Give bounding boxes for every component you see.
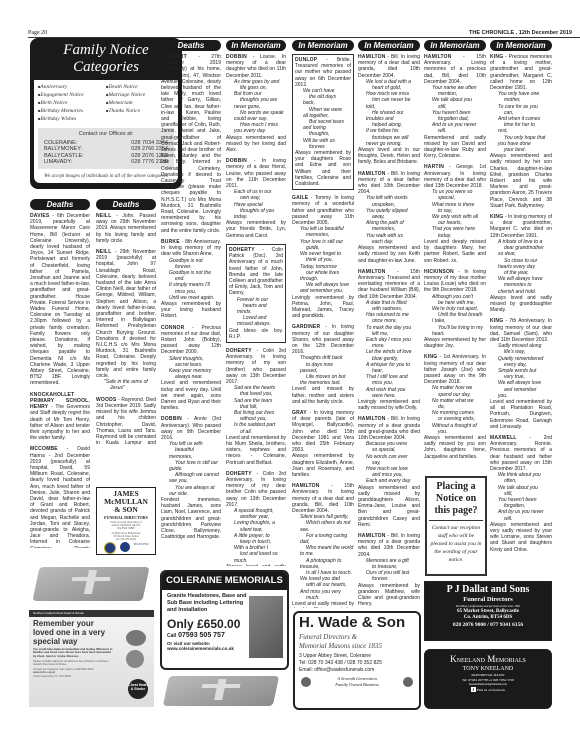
ad-text: Please consider asking for donations in … [29,658,117,666]
ad-title: JAMES McMULLAN [97,490,155,506]
categories-title-line1: Family Notice [34,42,178,59]
notice-verse: Although you can'tbe here with me,We're … [424,294,486,337]
notice-signoff: Lovingly remembered by Petrina, John, Pa… [292,295,354,320]
notice-verse: Each of us in ourown way,Have specialtho… [226,189,286,220]
notice-surname: HAMILTON [358,416,386,422]
notice-signoff: Loved and remembered by all at Plantatio… [490,399,552,430]
section-header-in-memoriam: In Memoriam [424,40,486,51]
section-header-deaths: Deaths [96,199,156,210]
heart-shape-icon [126,650,144,668]
notice-surname: KING [424,354,437,360]
notice-text: - Precious memories of a loving mother, … [490,54,552,91]
notice-signoff: Always remembered and sadly missed by so… [358,245,420,264]
headstone-image [249,596,283,658]
notice-entry: STEWART - 27th November 2019 (peacefully… [161,54,221,234]
section-header-in-memoriam: In Memoriam [490,40,552,51]
ad-phone: Tel: 028 276 62265 [97,538,155,541]
column-memoriam-5: In Memoriam KING - Precious memories of … [490,40,552,578]
coleraine-memorials-ad: COLERAINE MEMORIALS Granite Headstones, … [160,570,289,670]
ad-name: TONY KNEELAND [425,665,551,673]
verse-line: You only hope that [498,135,552,141]
notice-verse: "Safe in the arms ofJesus" [96,379,156,391]
notice-signoff: Always remembered and sadly missed by yo… [424,435,486,460]
column-memoriam-1: In Memoriam DOBBIN - Louise. In memory o… [226,40,286,566]
family-notice-categories: Family Notice Categories Anniversary Dea… [30,38,182,189]
column-deaths-1: Deaths DAVIES - 6th December 2019, peace… [30,199,90,548]
column-memoriam-4: In Memoriam HAMILTON - 15th Anniversary.… [424,40,486,472]
notice-entry: DOHERTY - Colin 3rd Anniversary. In lovi… [226,471,286,566]
notice-verse: Forever in ourhearts andminds.Loved andm… [229,297,283,328]
notice-surname: DOBBIN [161,416,182,422]
notice-signoff: Always loved and in our thoughts, Derek,… [358,147,420,166]
notice-surname: GARDINER [292,324,320,330]
page-number: Page 20 [28,30,47,36]
notice-verse: A special thought,another year,Loving th… [226,508,286,564]
ad-body: You could help make an immediate and las… [29,648,117,658]
placing-notice-body: Contact our reception staff who will be … [427,524,485,564]
notice-entry: HAMILTON - 15th Anniversary. Treasured a… [358,269,420,412]
notice-verse: As time goes by andlife goes on,But from… [226,79,286,135]
verse-line: Jesus" [104,385,156,391]
notice-entry: DOBBIN - Louise. In memory of a dear dau… [226,54,286,153]
website-link[interactable]: www.nichs.org.uk [33,671,55,674]
ad-headline: Remember your loved one in a very specia… [29,617,119,648]
notice-surname: STEWART [161,54,187,60]
notice-signoff: Always remembered and sadly missed by gr… [358,485,420,528]
notice-signoff: Always remembered by her daughter Joy. [424,337,486,349]
notice-verse: Sad are the heartsthat loved you,Sad are… [226,385,286,435]
section-header-deaths: Deaths [161,40,221,51]
notice-entry: DOBBIN - Annie (3rd Anniversary). Who pa… [161,416,221,540]
notice-signoff: Always remembered by your friends Bride,… [226,220,286,239]
notice-entry: GARDINER - In loving memory of our daugh… [292,324,354,405]
bible-graphic-icon [163,676,279,706]
notice-text: - 27th November 2019 (peacefully) at his… [161,54,221,234]
notice-entry: HAMILTON - Bill. In loving memory of a d… [358,416,420,528]
chs-logo: Chest Heart & Stroke [128,679,148,699]
notice-entry: GAILE - Tommy. In loving memory of a won… [292,195,354,319]
notice-entry: GRAY - In loving memory of dear parents … [292,410,354,478]
notice-signoff: Fondest memories, husband James, sons Li… [161,497,221,540]
placing-notice-box: Placing a Notice on this page? Contact o… [425,476,487,576]
ad-title: & SON [97,506,155,514]
notice-surname: KING [490,214,503,220]
notice-signoff: Always remembered by your daughters Rose… [295,150,351,187]
contact-title: Contact our Offices at: [44,131,168,138]
ad-subtitle: Funeral Directors [425,596,551,604]
category-list: Anniversary Death Notice Engagement Noti… [38,83,174,123]
crest-icon [301,677,311,687]
notice-entry: HARTIN - George. 1st Anniversary. In lov… [424,164,486,263]
notice-surname: DOHERTY [226,348,252,354]
verse-line: Until we meet again. [169,295,221,301]
notice-entry: DOBBIN - In loving memory of a dear frie… [226,158,286,239]
facebook-label: Find us on facebook [477,688,505,692]
category-item: Birthday Memories [38,107,106,115]
notice-verse: Goodbye is notforever.Goodbye is not the… [161,258,221,301]
ad-text: Dip.FSM. MBIE [97,527,155,530]
notice-verse: Sadly missed alonglife's way,Quietly rem… [490,343,552,399]
notice-signoff: Remembered and sadly missed by son David… [424,135,486,160]
notice-entry: CONNOR - Precious memories of our dear d… [161,325,221,412]
crest-icon [104,542,116,554]
notice-signoff: Always remembered by daughters Elizabeth… [292,453,354,478]
notice-surname: GRAY [292,410,307,416]
ad-script: Funeral Directors & [295,633,419,642]
section-header-in-memoriam: In Memoriam [358,40,420,51]
ad-description: Granite Headstones, Base and Sub Base in… [162,590,252,617]
notice-surname: NEILL [96,213,111,219]
notice-verse: Memories are a giftto treasure,Ours of y… [358,558,420,583]
crest-icon [403,677,413,687]
notice-text: - 6th December 2019, peacefully at Masse… [30,213,90,386]
notice-surname: HAMILTON [424,54,452,60]
notice-surname: KING [490,54,503,60]
verse-line: with all our hearts, [300,582,354,588]
category-item: Engagement Notice [38,91,106,99]
notice-signoff: Always remembered by grandson Matthew, w… [358,583,420,608]
ad-title: H. Wade & Son [295,613,419,633]
facebook-icon: f [471,687,476,692]
notice-verse: You left us beautifulmemories,Your love … [292,226,354,294]
notice-entry: WOODS - Raymond. Died 3rd December 2019.… [96,397,156,446]
notice-text: - In loving memory of dear parents (late… [292,410,354,453]
notice-entry: DOHERTY - Colin 3rd Anniversary. In lovi… [226,348,286,466]
notice-entry: KING - In loving memory of a dear grandm… [490,214,552,313]
notice-surname: BURKE [161,239,180,245]
verse-line: Which others do not [300,520,354,526]
section-header-deaths: Deaths [30,199,90,210]
ad-phone: 07593 505 757 [178,632,225,639]
notice-verse: A date that is filledwith sadness,Has re… [358,300,420,399]
section-header-in-memoriam: In Memoriam [292,40,354,51]
notice-verse: We think about youoften,We talk about yo… [490,472,552,522]
column-deaths-2: Deaths NEILL - John. Passed away on 29th… [96,199,156,446]
column-deaths-3: Deaths STEWART - 27th November 2019 (pea… [161,40,221,566]
category-item: Birthday Wishes [38,115,106,123]
notice-verse: Your name we oftenmention,We talk about … [424,85,486,135]
notice-surname: DAVIES [30,213,49,219]
kneeland-memorials-ad: Kneeland Memorials TONY KNEELAND MONUMEN… [424,649,552,709]
verse-line: Let the winds of love [366,349,420,355]
ad-address: 3 Upper Abbey Street, Coleraine [295,651,419,660]
notice-surname: HAMILTON [358,171,386,177]
notice-text: - Raymond. Died 3rd December 2019. Sadly… [96,397,156,446]
notice-entry: DOHERTY - Colin Patrick (Doc). 3rd Anniv… [226,244,286,343]
categories-title-line2: Categories [34,59,178,76]
notice-surname: GAILE [292,195,308,201]
notice-entry: DUNLOP - Bridie. Treasured memories of o… [292,54,354,190]
notice-surname: HAMILTON [358,533,386,539]
notice-surname: HICKINSON [424,269,454,275]
mcmullan-funeral-ad: JAMES McMULLAN & SON FUNERAL DIRECTORS U… [96,487,156,555]
notice-verse: We can't havethe old daysback,When we we… [295,88,351,150]
notice-signoff: Loved and missed by father, mother and s… [292,386,354,405]
notice-surname: MCCOMBE [30,446,58,452]
notice-text: - 29th November 2019 (peacefully) at hos… [96,249,156,379]
notice-entry: KING - Precious memories of a loving mot… [490,54,552,209]
selected-badge: SELECTED [134,542,149,554]
notice-signoff: Always loved and sadly missed by your si… [226,564,286,566]
category-item: Anniversary [38,83,106,91]
notice-verse: No matter how wespend our day,No matter … [424,385,486,435]
notice-entry: HICKINSON - In loving memory of my dear … [424,269,486,350]
notice-surname: HARTIN [424,164,444,170]
notice-surname: DOHERTY [229,247,255,253]
notice-signoff: Loved and remembered today and every day… [161,380,221,411]
notice-surname: DOBBIN [226,158,247,164]
bible-graphic-icon [32,567,149,601]
notice-surname: HAMILTON [292,483,320,489]
notice-surname: DOBBIN [226,54,247,60]
notice-surname: HAMILTON [358,54,386,60]
notice-entry: HAMILTON - Bill. In loving memory of a d… [358,171,420,264]
notice-verse: You left us withbeautifulmemories,Your l… [161,441,221,497]
notice-surname: KING [490,318,503,324]
placing-notice-title: Placing a Notice on this page? [429,481,483,521]
notice-signoff: Always remembered and missed by her lovi… [226,135,286,154]
notice-entry: KING - 7th Anniversary. In loving memory… [490,318,552,430]
notice-entry: NEILL - John. Passed away on 29th Novemb… [96,213,156,244]
ad-phone: 028 2076 9000 / 077 9341 6156 [425,621,551,629]
ad-email: Email: office@wadesfunerals.com [295,667,419,674]
notice-text: - Colin Patrick (Doc). 3rd Anniversary o… [229,247,283,296]
ad-title: Kneeland Memorials [425,653,551,665]
notice-signoff: Loved and sadly missed by daughter Elain… [292,601,354,608]
notice-entry: MAXWELL - 2nd Anniversary. Ronnie. Preci… [490,435,552,553]
notice-signoff: God bless ole boy. R.I.P. [229,328,283,340]
category-item: Birth Notice [38,99,106,107]
column-memoriam-2: In Memoriam DUNLOP - Bridie. Treasured m… [292,40,354,608]
paper-date-header: THE CHRONICLE , 12th December 2019 [469,30,572,36]
notice-entry: NEILL - 29th November 2019 (peacefully) … [96,249,156,392]
notice-signoff: Lovingly remembered and sadly missed by … [358,399,420,411]
notice-verse: Thoughts drift backto days nowpassed,Lif… [292,355,354,386]
ad-title: COLERAINE MEMORIALS [162,572,287,590]
notice-text: - 2nd Anniversary. Ronnie. Precious memo… [490,435,552,472]
notice-verse: A tribute of love to adear grandmotherso… [490,239,552,295]
dallat-funeral-ad: P J Dallat and Sons Funeral Directors Pr… [424,581,552,641]
notice-verse: To us you were sospecial,What more is th… [424,189,486,239]
ad-script: Memorial Masons since 1835 [295,642,419,651]
ad-title: P J Dallat and Sons [425,584,551,596]
notice-entry: KNOCKAHOLLET PRIMARY SCHOOL. HENRY - The… [30,392,90,442]
notice-verse: Silent thoughts,secret tears.Keep your m… [161,356,221,381]
notice-surname: WOODS [96,397,116,403]
notice-text: - David Hanna - 2nd December 2019 (peace… [30,446,90,548]
notice-signoff: Loved and deeply missed by daughters Mar… [424,239,486,264]
triangle-logo-icon [120,542,130,552]
notice-surname: DUNLOP [295,57,317,63]
notice-text: - The Governors and Staff deeply regret … [30,404,90,441]
notice-verse: We lost a dad with aheart of gold,How mu… [358,79,420,147]
notice-verse: Because you wereso special,No words can … [358,441,420,484]
notice-signoff: Always remembered by your loving husband… [161,301,221,320]
images-accepted-note: We accept images of individuals in all o… [38,174,174,180]
verse-line: You are always at [169,485,221,491]
section-header-in-memoriam: In Memoriam [226,40,286,51]
ad-subtitle: FUNERAL DIRECTORS [97,515,155,520]
verse-line: And by us you never [498,509,552,515]
notice-text: - Colin 3rd Anniversary. In loving memor… [226,348,286,385]
notice-surname: HAMILTON [358,269,386,275]
chest-heart-stroke-ad: Northern Ireland Chest Heart & Stroke Re… [29,610,154,707]
notice-entry: KING - 1st Anniversary. In loving memory… [424,354,486,459]
notice-surname: CONNOR [161,325,184,331]
wade-funeral-ad: H. Wade & Son Funeral Directors & Memori… [293,611,421,710]
notice-surname: DOHERTY [226,471,252,477]
notice-signoff: Always remembered and sadly missed by he… [490,153,552,209]
call-label: Call [167,633,176,639]
notice-signoff: Always loved and sadly missed by grandda… [490,295,552,314]
charity-number: Charity Registration No. NIC103593 [29,674,154,678]
ad-org: Northern Ireland Chest Heart & Stroke [29,610,154,617]
heart-shape-icon [126,630,146,646]
column-memoriam-3: In Memoriam HAMILTON - Bill. In loving m… [358,40,420,608]
notice-surname: NEILL [96,249,111,255]
verse-line: You'll be living in my [432,325,486,331]
notice-entry: HAMILTON - Bill. In loving memory of a d… [358,54,420,166]
facebook-link[interactable]: f Find us on facebook [425,687,551,693]
notice-entry: DAVIES - 6th December 2019, peacefully a… [30,213,90,387]
notice-verse: You only have onemother,To care for as y… [490,91,552,153]
office-name: LIMAVADY: [44,159,72,166]
notice-entry: HAMILTON - Bill. In loving memory of a d… [358,533,420,607]
notice-surname: MAXWELL [490,435,517,441]
office-contacts: Contact our Offices at: COLERAINE:028 70… [38,128,174,169]
notice-signoff: Loved and remembered by his Mum Sheila, … [226,435,286,466]
notice-entry: HAMILTON - 15th Anniversary. In loving m… [292,483,354,608]
ad-footer: Family Owned Business [335,682,379,688]
notice-signoff: Always remembered and very sadly missed … [490,522,552,553]
notice-text: - Colin 3rd Anniversary. In loving memor… [226,471,286,508]
notice-entry: HAMILTON - 15th Anniversary. Loving memo… [424,54,486,159]
notice-verse: Silent tears fall gently,Which others do… [292,514,354,601]
notice-verse: You left with wordsunspoken,You quietly … [358,195,420,245]
notice-entry: MCCOMBE - David Hanna - 2nd December 201… [30,446,90,548]
notice-entry: BURKE - 8th Anniversary. In loving memor… [161,239,221,320]
ad-phone: Tel: 028 70 343 438 / 028 70 352 825 [295,660,419,667]
